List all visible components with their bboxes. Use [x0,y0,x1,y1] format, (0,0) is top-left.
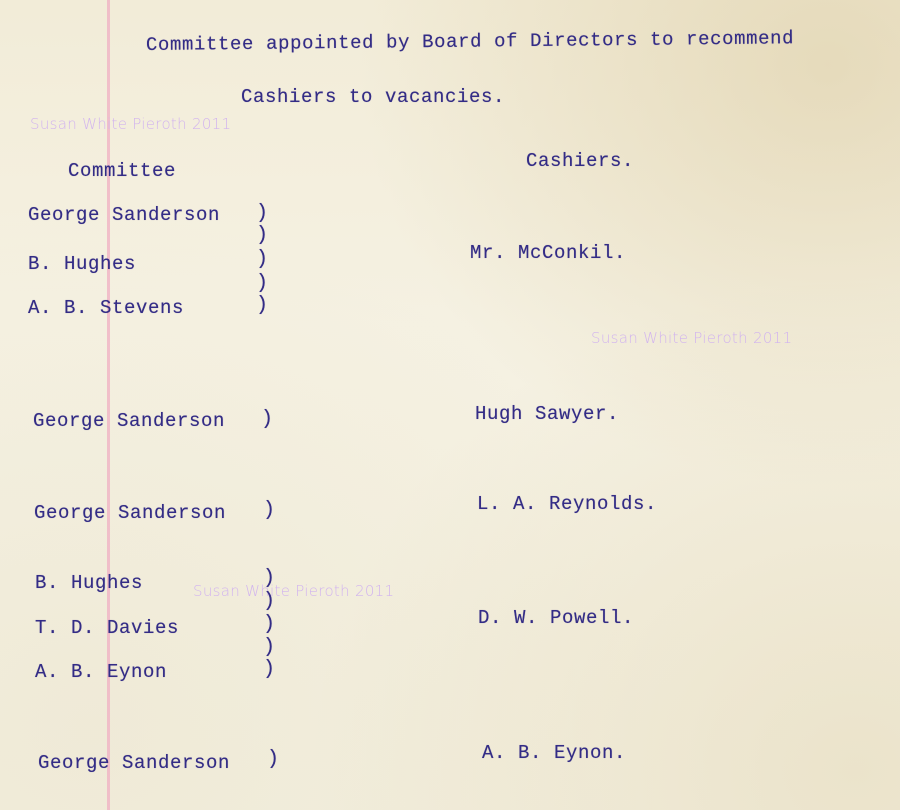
cashier-name: D. W. Powell. [478,607,634,629]
committee-member: George Sanderson [33,410,225,432]
committee-member: George Sanderson [34,502,226,524]
watermark: Susan White Pieroth 2011 [193,582,394,600]
committee-member: B. Hughes [28,253,136,275]
document-title-line-2: Cashiers to vacancies. [241,86,505,108]
cashier-name: A. B. Eynon. [482,742,626,764]
bracket-glyph: ) [263,613,275,636]
bracket-glyph: ) [256,272,268,295]
committee-column-header: Committee [68,160,176,182]
bracket-glyph: ) [267,748,279,771]
bracket-glyph: ) [263,567,275,590]
watermark: Susan White Pieroth 2011 [30,115,231,133]
bracket-glyph: ) [256,202,268,225]
bracket-glyph: ) [261,408,273,431]
committee-member: George Sanderson [28,204,220,226]
committee-member: T. D. Davies [35,617,179,639]
committee-member: George Sanderson [38,752,230,774]
watermark: Susan White Pieroth 2011 [591,329,792,347]
bracket-glyph: ) [256,224,268,247]
document-title-line-1: Committee appointed by Board of Director… [146,27,794,56]
committee-member: B. Hughes [35,572,143,594]
cashier-name: L. A. Reynolds. [477,493,657,515]
bracket-glyph: ) [256,248,268,271]
typewritten-document: Committee appointed by Board of Director… [0,0,900,810]
cashier-name: Hugh Sawyer. [475,403,619,425]
bracket-glyph: ) [263,658,275,681]
cashiers-column-header: Cashiers. [526,150,634,172]
bracket-glyph: ) [263,499,275,522]
cashier-name: Mr. McConkil. [470,242,626,264]
committee-member: A. B. Stevens [28,297,184,319]
committee-member: A. B. Eynon [35,661,167,683]
bracket-glyph: ) [263,636,275,659]
bracket-glyph: ) [263,590,275,613]
bracket-glyph: ) [256,294,268,317]
